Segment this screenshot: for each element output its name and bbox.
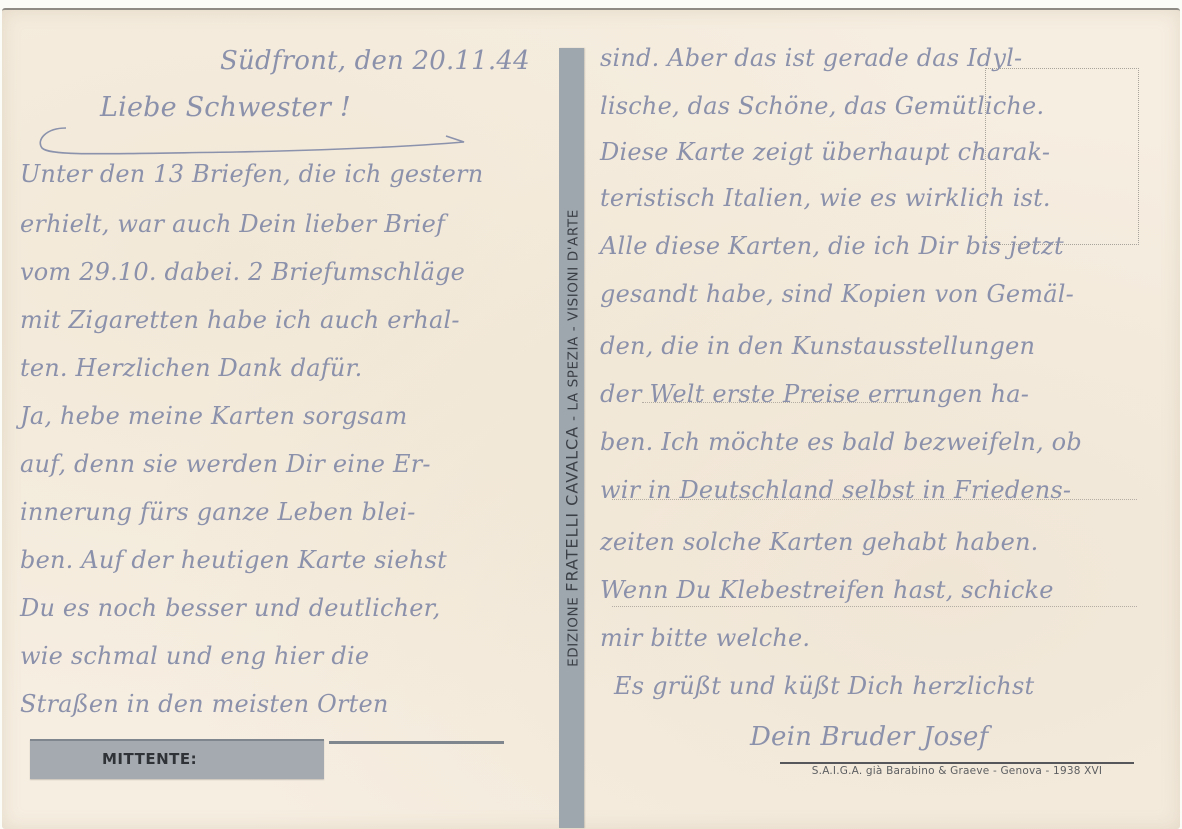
- letter-line: Ja, hebe meine Karten sorgsam: [20, 402, 407, 430]
- letter-line: teristisch Italien, wie es wirklich ist.: [600, 184, 1051, 212]
- letter-line: ben. Auf der heutigen Karte siehst: [20, 546, 447, 574]
- letter-line: mit Zigaretten habe ich auch erhal-: [20, 306, 460, 334]
- letter-line: Straßen in den meisten Orten: [20, 690, 389, 718]
- sender-label: MITTENTE:: [102, 750, 197, 768]
- letter-line: der Welt erste Preise errungen ha-: [600, 380, 1029, 408]
- salutation-swash: [36, 122, 466, 162]
- address-line: [612, 606, 1137, 607]
- closing-line: Es grüßt und küßt Dich herzlichst: [614, 672, 1034, 700]
- letter-line: lische, das Schöne, das Gemütliche.: [600, 92, 1044, 120]
- letter-line: gesandt habe, sind Kopien von Gemäl-: [600, 280, 1074, 308]
- sender-box: MITTENTE:: [30, 739, 324, 779]
- letter-line: den, die in den Kunstausstellungen: [600, 332, 1035, 360]
- letter-line: mir bitte welche.: [600, 624, 810, 652]
- letter-line: vom 29.10. dabei. 2 Briefumschläge: [20, 258, 465, 286]
- letter-line: wie schmal und eng hier die: [20, 642, 369, 670]
- letter-line: erhielt, war auch Dein lieber Brief: [20, 210, 445, 238]
- band-edizione: EDIZIONE: [565, 597, 581, 667]
- printer-rule: [780, 762, 1134, 764]
- letter-line: Du es noch besser und deutlicher,: [20, 594, 441, 622]
- letter-line: ten. Herzlichen Dank dafür.: [20, 354, 362, 382]
- letter-line: Wenn Du Klebestreifen hast, schicke: [600, 576, 1054, 604]
- letter-line: wir in Deutschland selbst in Friedens-: [600, 476, 1071, 504]
- letter-line: auf, denn sie werden Dir eine Er-: [20, 450, 431, 478]
- letter-line: Alle diese Karten, die ich Dir bis jetzt: [600, 232, 1064, 260]
- sender-line: [329, 741, 504, 744]
- publisher-band: EDIZIONE FRATELLI CAVALCA - LA SPEZIA - …: [559, 48, 584, 828]
- letter-line: Unter den 13 Briefen, die ich gestern: [20, 160, 483, 188]
- dateline: Südfront, den 20.11.44: [220, 46, 530, 76]
- salutation: Liebe Schwester !: [100, 92, 351, 123]
- letter-line: zeiten solche Karten gehabt haben.: [600, 528, 1038, 556]
- letter-line: Diese Karte zeigt überhaupt charak-: [600, 138, 1050, 166]
- printer-credit: S.A.I.G.A. già Barabino & Graeve - Genov…: [780, 765, 1134, 777]
- letter-line: ben. Ich möchte es bald bezweifeln, ob: [600, 428, 1082, 456]
- letter-line: sind. Aber das ist gerade das Idyl-: [600, 44, 1022, 72]
- letter-line: innerung fürs ganze Leben blei-: [20, 498, 416, 526]
- postcard-back: Südfront, den 20.11.44 Liebe Schwester !…: [2, 8, 1180, 829]
- signature: Dein Bruder Josef: [750, 722, 988, 752]
- publisher-band-text: EDIZIONE FRATELLI CAVALCA - LA SPEZIA - …: [562, 209, 581, 667]
- band-subtitle: - LA SPEZIA - VISIONI D'ARTE: [565, 209, 581, 426]
- band-publisher: FRATELLI CAVALCA: [562, 426, 581, 592]
